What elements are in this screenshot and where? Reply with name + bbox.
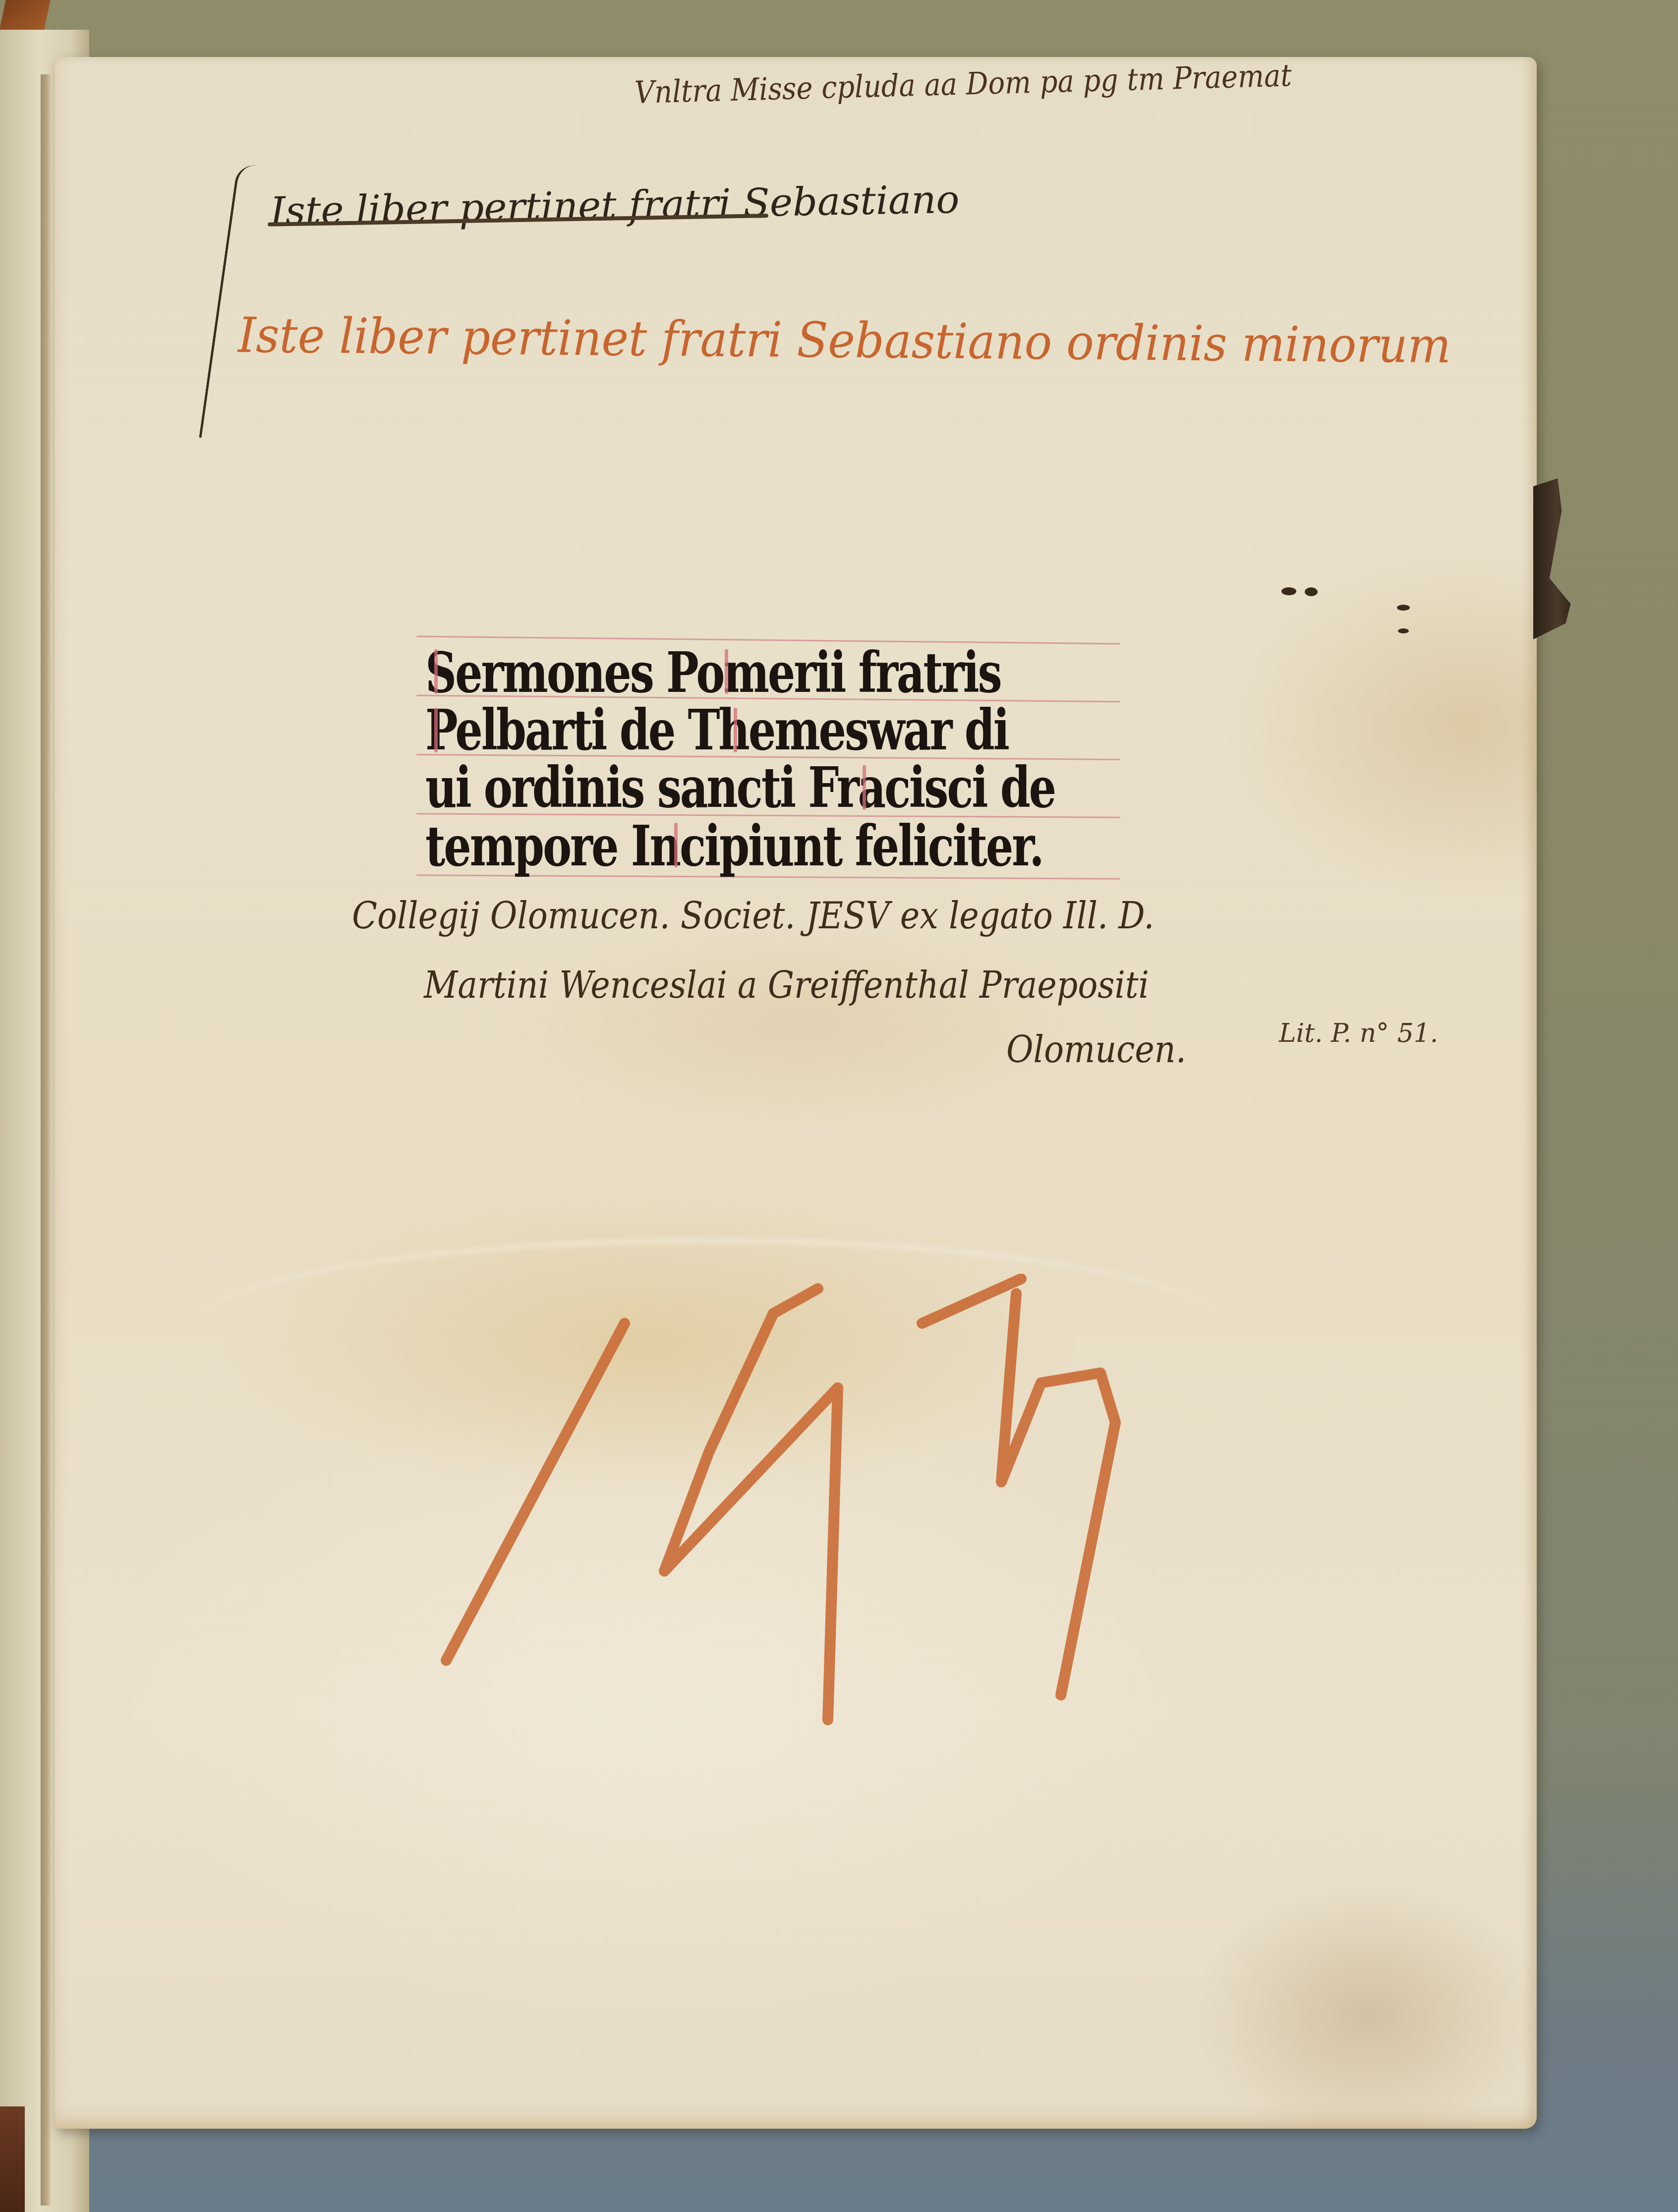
title-line-2: Pelbarti de Themeswar di <box>425 703 1008 758</box>
printed-title-block: Sermones Pomerii fratris Pelbarti de The… <box>416 639 1120 882</box>
ink-spot <box>1305 587 1318 596</box>
shelfmark: Lit. P. n° 51. <box>1279 1019 1438 1048</box>
red-crayon-numeral <box>426 1274 1170 1769</box>
title-line-4: tempore Incipiunt feliciter. <box>425 819 1042 874</box>
ink-spot <box>1281 587 1296 595</box>
provenance-line-3: Olomucen. <box>1006 1028 1186 1071</box>
rubric-stroke <box>734 708 737 752</box>
title-line-1: Sermones Pomerii fratris <box>425 645 1001 701</box>
provenance-line-1: Collegij Olomucen. Societ. JESV ex legat… <box>352 895 1155 937</box>
ink-spot <box>1397 605 1410 611</box>
rubric-stroke <box>725 649 728 694</box>
book-board-foot <box>0 2106 25 2212</box>
clasp-icon <box>1533 478 1574 639</box>
rubric-stroke <box>434 649 438 694</box>
rubric-stroke <box>674 823 678 867</box>
book-gutter <box>41 74 52 2206</box>
rubric-stroke <box>863 765 866 810</box>
title-line-3: ui ordinis sancti Fracisci de <box>425 760 1055 816</box>
red-ownership-inscription: Iste liber pertinet fratri Sebastiano or… <box>238 307 1451 374</box>
provenance-line-2: Martini Wenceslai a Greiffenthal Praepos… <box>424 964 1149 1007</box>
rubric-stroke <box>434 708 438 752</box>
ink-spot <box>1398 628 1409 633</box>
